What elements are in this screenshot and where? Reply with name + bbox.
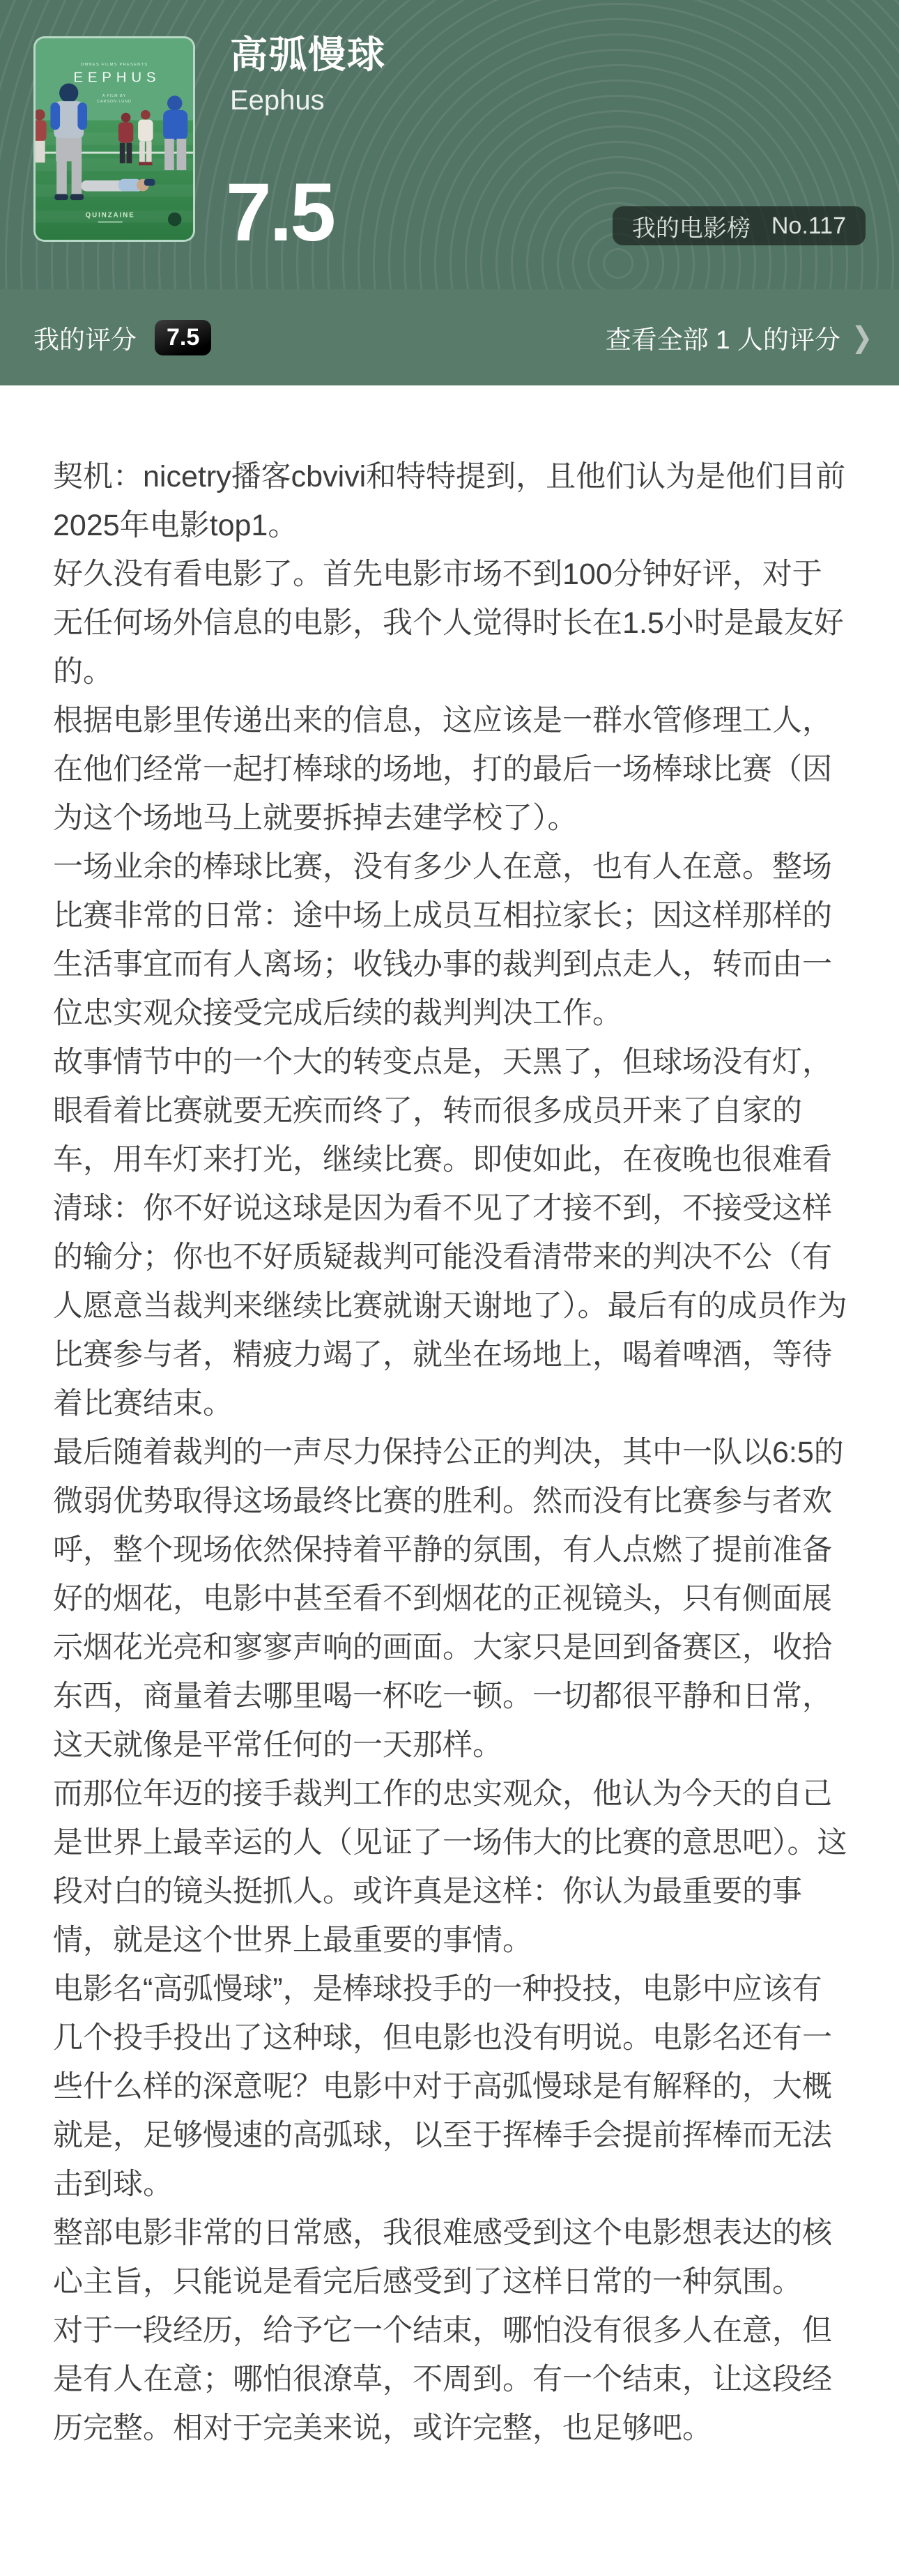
my-rating-chip: 7.5 [155, 320, 211, 355]
movie-title: 高弧慢球 [230, 25, 386, 79]
review-paragraph: 根据电影里传递出来的信息，这应该是一群水管修理工人，在他们经常一起打棒球的场地，… [53, 696, 849, 843]
poster-title-text: EEPHUS [73, 70, 160, 86]
poster-art: OMNES FILMS PRESENTS EEPHUS A FILM BY CA… [36, 38, 193, 240]
review-paragraph: 契机：nicetry播客cbvivi和特特提到，且他们认为是他们目前2025年电… [53, 452, 849, 550]
review-paragraph: 对于一段经历，给予它一个结束，哪怕没有很多人在意，但是有人在意；哪怕很潦草，不周… [53, 2306, 849, 2453]
movie-header: OMNES FILMS PRESENTS EEPHUS A FILM BY CA… [0, 0, 899, 385]
rank-badge-number: No.117 [771, 213, 846, 240]
view-all-ratings-text: 查看全部 1 人的评分 [606, 319, 840, 356]
movie-review-page: OMNES FILMS PRESENTS EEPHUS A FILM BY CA… [0, 0, 899, 2576]
review-paragraph: 而那位年迈的接手裁判工作的忠实观众，他认为今天的自己是世界上最幸运的人（见证了一… [53, 1770, 849, 1965]
review-paragraph: 一场业余的棒球比赛，没有多少人在意，也有人在意。整场比赛非常的日常：途中场上成员… [53, 843, 849, 1038]
review-body: 契机：nicetry播客cbvivi和特特提到，且他们认为是他们目前2025年电… [0, 385, 899, 2501]
view-all-ratings-link[interactable]: 查看全部 1 人的评分 ❯ [606, 319, 873, 356]
my-rating-label: 我的评分 [33, 319, 137, 356]
poster-festival-text: QUINZAINE [86, 212, 135, 220]
rating-bar: 我的评分 7.5 查看全部 1 人的评分 ❯ [0, 289, 899, 385]
movie-score: 7.5 [226, 171, 334, 254]
rank-badge[interactable]: 我的电影榜 No.117 [613, 206, 866, 245]
poster-emblem [168, 213, 181, 227]
poster-film-by-text: A FILM BY [102, 94, 126, 98]
movie-original-title: Eephus [230, 85, 325, 116]
movie-poster[interactable]: OMNES FILMS PRESENTS EEPHUS A FILM BY CA… [33, 36, 195, 242]
chevron-right-icon: ❯ [852, 321, 873, 354]
my-rating-group: 我的评分 7.5 [33, 319, 211, 356]
review-paragraph: 好久没有看电影了。首先电影市场不到100分钟好评，对于无任何场外信息的电影，我个… [53, 550, 849, 696]
poster-director-text: CARSON LUND [97, 100, 132, 104]
poster-presents-text: OMNES FILMS PRESENTS [81, 63, 148, 67]
review-paragraph: 电影名“高弧慢球”，是棒球投手的一种投技，电影中应该有几个投手投出了这种球，但电… [53, 1965, 849, 2209]
review-paragraph: 故事情节中的一个大的转变点是，天黑了，但球场没有灯，眼看着比赛就要无疾而终了，转… [53, 1038, 849, 1428]
review-paragraph: 整部电影非常的日常感，我很难感受到这个电影想表达的核心主旨，只能说是看完后感受到… [53, 2209, 849, 2306]
review-paragraph: 最后随着裁判的一声尽力保持公正的判决，其中一队以6:5的微弱优势取得这场最终比赛… [53, 1428, 849, 1770]
rank-badge-label: 我的电影榜 [632, 209, 751, 243]
poster-player-lying [81, 179, 155, 192]
